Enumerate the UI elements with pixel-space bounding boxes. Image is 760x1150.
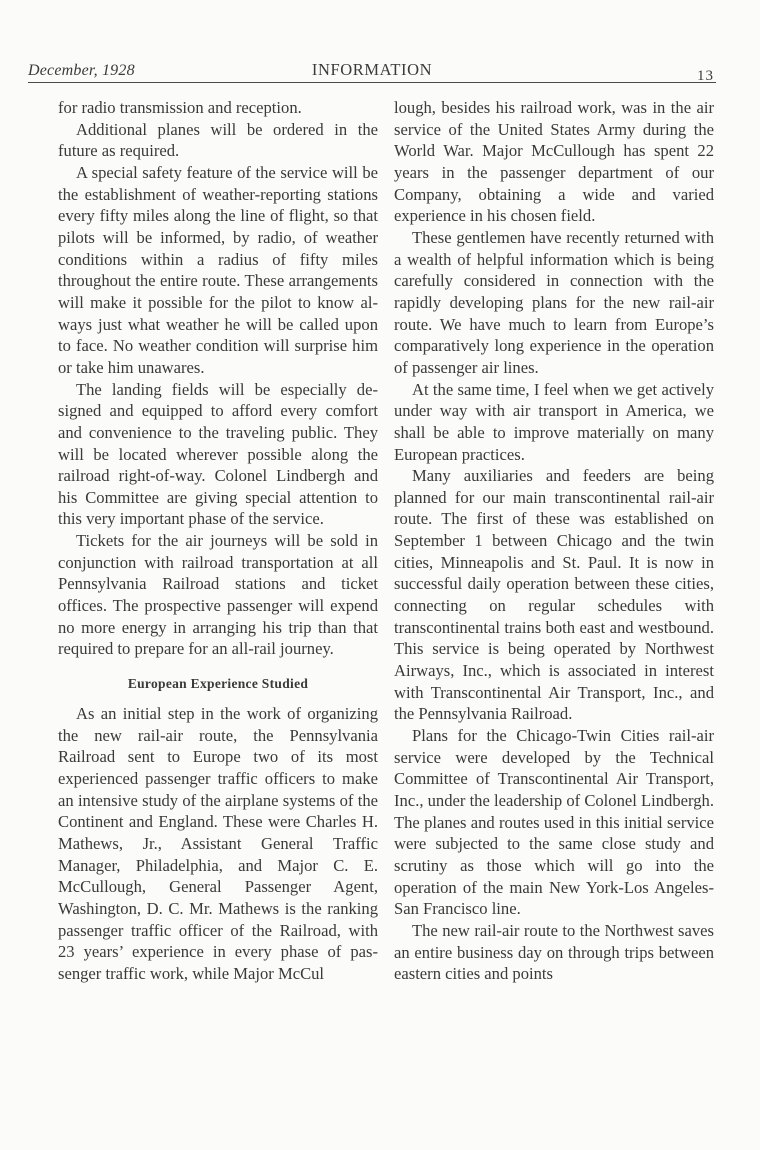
paragraph: Additional planes will be ordered in the… <box>58 119 378 162</box>
document-page: December, 1928 INFORMATION 13 for radio … <box>0 0 760 1150</box>
paragraph: Tickets for the air journeys will be sol… <box>58 530 378 660</box>
paragraph: The landing fields will be especially de… <box>58 379 378 531</box>
left-column: for radio transmission and reception. Ad… <box>58 97 378 985</box>
paragraph: The new rail-air route to the Northwest … <box>394 920 714 985</box>
right-column: lough, besides his railroad work, was in… <box>394 97 714 985</box>
paragraph: for radio transmission and reception. <box>58 97 378 119</box>
running-head: December, 1928 INFORMATION 13 <box>28 60 716 83</box>
paragraph: These gentlemen have recently returned w… <box>394 227 714 379</box>
paragraph: Many auxiliaries and feeders are being p… <box>394 465 714 725</box>
paragraph: A special safety feature of the service … <box>58 162 378 379</box>
paragraph: Plans for the Chicago-Twin Cities rail-a… <box>394 725 714 920</box>
page-number: 13 <box>697 68 714 85</box>
paragraph: At the same time, I feel when we get act… <box>394 379 714 466</box>
paragraph: As an initial step in the work of organi… <box>58 703 378 985</box>
section-subheading: European Experience Studied <box>58 675 378 693</box>
publication-title: INFORMATION <box>28 60 716 80</box>
paragraph: lough, besides his railroad work, was in… <box>394 97 714 227</box>
